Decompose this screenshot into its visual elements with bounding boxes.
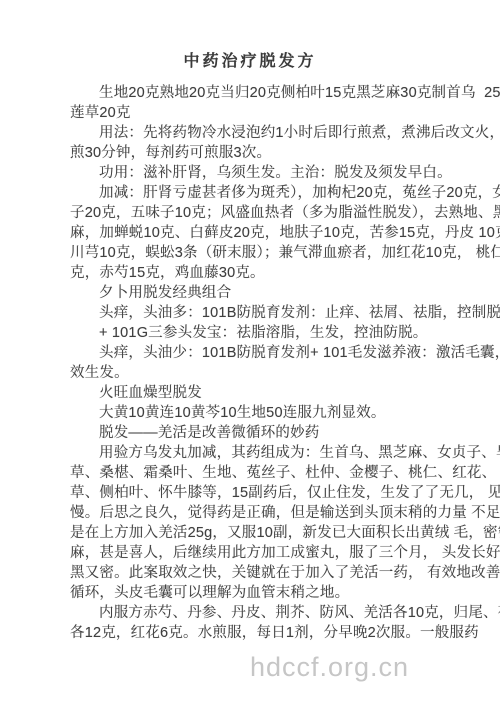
document-line: 子20克，五味子10克；风盛血热者（多为脂溢性脱发），去熟地、黑 芝	[70, 203, 438, 223]
document-line: 草、桑椹、霜桑叶、生地、菟丝子、杜仲、金樱子、桃仁、红花、 稀莶	[70, 463, 438, 483]
watermark-text: hdccf.org.cn	[250, 652, 409, 683]
document-line: 大黄10黄连10黄芩10生地50连服九剂显效。	[70, 403, 438, 423]
document-line: 草、侧柏叶、怀牛膝等，15副药后，仅止住发，生发了了无几， 见效缓	[70, 483, 438, 503]
document-line: 内服方赤芍、丹参、丹皮、荆芥、防风、羌活各10克，归尾、茯 苓	[70, 603, 438, 623]
document-line: 各12克，红花6克。水煎服，每日1剂，分早晚2次服。一般服药	[70, 623, 438, 643]
document-line: 火旺血燥型脱发	[70, 383, 438, 403]
document-line: 循环，头皮毛囊可以理解为血管末稍之地。	[70, 583, 438, 603]
document-line: 功用：滋补肝肾，乌须生发。主治：脱发及须发早白。	[70, 163, 438, 183]
document-line: 麻，加蝉蜕10克、白藓皮20克，地肤子10克，苦参15克，丹皮 10克，	[70, 223, 438, 243]
document-line: 慢。后思之良久，觉得药是正确，但是输送到头顶末稍的力量 不足，于	[70, 503, 438, 523]
document-line: 生地20克熟地20克当归20克侧柏叶15克黑芝麻30克制首乌 25克旱	[70, 83, 438, 103]
document-line: 加减：肝肾亏虚甚者侈为斑秃），加枸杞20克，菟丝子20克，女 贞	[70, 183, 438, 203]
document-line: 用法：先将药物冷水浸泡约1小时后即行煎煮，煮沸后改文火， 继	[70, 123, 438, 143]
document-line: 克，赤芍15克，鸡血藤30克。	[70, 263, 438, 283]
document-line: 莲草20克	[70, 103, 438, 123]
document-line: 夕卜用脱发经典组合	[70, 283, 438, 303]
document-line: 脱发——羌活是改善微循环的妙药	[70, 423, 438, 443]
document-line: 头痒，头油少：101B防脱育发剂+ 101毛发滋养液：激活毛囊， 强	[70, 343, 438, 363]
document-body: 生地20克熟地20克当归20克侧柏叶15克黑芝麻30克制首乌 25克旱莲草20克…	[70, 83, 438, 643]
document-line: 煎30分钟，每剂药可煎服3次。	[70, 143, 438, 163]
document-line: 效生发。	[70, 363, 438, 383]
document-line: 是在上方加入羌活25g，又服10副，新发已大面积长出黄绒 毛，密密麻	[70, 523, 438, 543]
document-line: + 101G三参头发宝：祛脂溶脂，生发，控油防脱。	[70, 323, 438, 343]
document-line: 川芎10克，蜈蚣3条（研末服）；兼气滞血瘀者，加红花10克， 桃仁10	[70, 243, 438, 263]
document-page: 中药治疗脱发方 生地20克熟地20克当归20克侧柏叶15克黑芝麻30克制首乌 2…	[0, 0, 500, 707]
document-line: 黑又密。此案取效之快，关键就在于加入了羌活一药， 有效地改善了微	[70, 563, 438, 583]
document-line: 麻，甚是喜人，后继续用此方加工成蜜丸，服了三个月， 头发长好，又	[70, 543, 438, 563]
page-title: 中药治疗脱发方	[0, 48, 500, 71]
document-line: 用验方乌发丸加减，其药组成为：生首乌、黑芝麻、女贞子、旱 莲	[70, 443, 438, 463]
document-line: 头痒，头油多：101B防脱育发剂：止痒、祛屑、祛脂，控制脱发。	[70, 303, 438, 323]
